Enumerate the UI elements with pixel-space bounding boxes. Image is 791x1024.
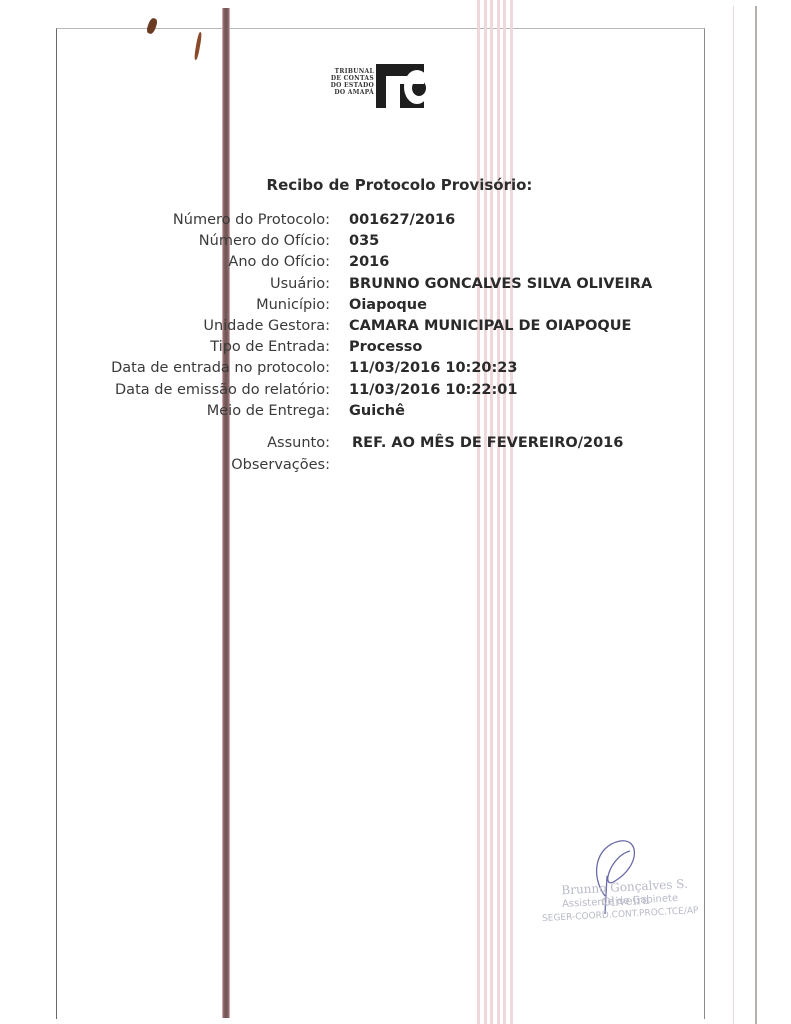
logo-text: TRIBUNAL DE CONTAS DO ESTADO DO AMAPÁ: [330, 68, 374, 96]
tc-logo-mark-icon: [376, 64, 424, 108]
field-value: BRUNNO GONCALVES SILVA OLIVEIRA: [349, 276, 652, 292]
field-value: 11/03/2016 10:20:23: [349, 360, 518, 376]
field-value: Guichê: [349, 403, 405, 419]
scan-streak-pale: [497, 0, 500, 1024]
field-value: 001627/2016: [349, 212, 455, 228]
field-label: Ano do Ofício:: [0, 254, 330, 270]
field-value: 2016: [349, 254, 389, 270]
field-value: 11/03/2016 10:22:01: [349, 382, 518, 398]
field-label: Meio de Entrega:: [0, 403, 330, 419]
scan-streak-pale: [503, 0, 506, 1024]
document-title: Recibo de Protocolo Provisório:: [0, 176, 791, 194]
field-label: Município:: [0, 297, 330, 313]
field-label: Unidade Gestora:: [0, 318, 330, 334]
tce-ap-logo: TRIBUNAL DE CONTAS DO ESTADO DO AMAPÁ: [330, 64, 430, 110]
field-label: Assunto:: [0, 435, 330, 451]
field-label: Tipo de Entrada:: [0, 339, 330, 355]
field-value: 035: [349, 233, 379, 249]
scan-streak-dark: [222, 8, 230, 1018]
field-label: Número do Protocolo:: [0, 212, 330, 228]
field-label: Usuário:: [0, 276, 330, 292]
scan-line: [733, 6, 734, 1024]
scan-streak-pale: [490, 0, 493, 1024]
field-label: Data de entrada no protocolo:: [0, 360, 330, 376]
official-stamp: Brunno Gonçalves S. Oliveira Assistente …: [530, 880, 710, 940]
field-value: REF. AO MÊS DE FEVEREIRO/2016: [352, 435, 623, 451]
scan-streak-pale: [484, 0, 487, 1024]
field-value: Oiapoque: [349, 297, 427, 313]
field-label: Observações:: [0, 457, 330, 473]
scan-streak-pale: [510, 0, 513, 1024]
field-label: Data de emissão do relatório:: [0, 382, 330, 398]
scan-line: [755, 6, 757, 1024]
scan-streak-pale: [477, 0, 480, 1024]
field-value: CAMARA MUNICIPAL DE OIAPOQUE: [349, 318, 631, 334]
field-value: Processo: [349, 339, 422, 355]
field-label: Número do Ofício:: [0, 233, 330, 249]
